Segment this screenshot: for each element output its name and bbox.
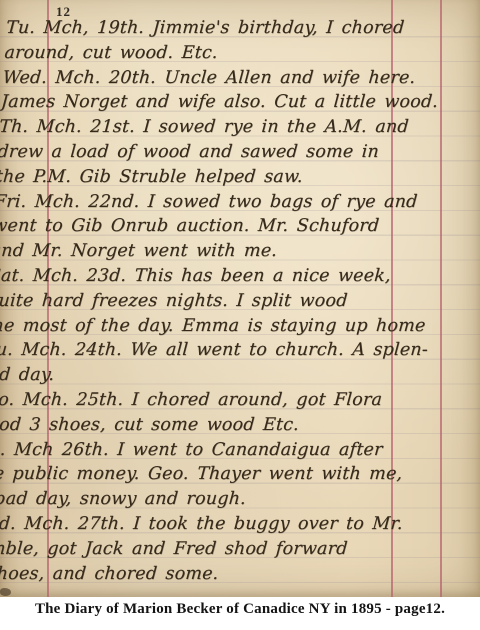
diary-paper: 12 Tu. Mch, 19th. Jimmie's birthday, I c…	[0, 0, 480, 597]
handwritten-line: Th. Mch. 21st. I sowed rye in the A.M. a…	[0, 115, 470, 140]
handwritten-line: A bad day, snowy and rough.	[0, 487, 444, 512]
handwritten-line: Mo. Mch. 25th. I chored around, got Flor…	[0, 388, 451, 413]
handwritten-line: Wed. Mch. 20th. Uncle Allen and wife her…	[2, 66, 474, 91]
caption-text: The Diary of Marion Becker of Canadice N…	[35, 601, 445, 618]
handwritten-line: the public money. Geo. Thayer went with …	[0, 462, 446, 487]
handwritten-text-block: Tu. Mch, 19th. Jimmie's birthday, I chor…	[0, 16, 477, 586]
handwritten-line: went to Gib Onrub auction. Mr. Schuford	[0, 214, 463, 239]
handwritten-line: the P.M. Gib Struble helped saw.	[0, 165, 467, 190]
caption-strip: The Diary of Marion Becker of Canadice N…	[0, 597, 480, 630]
handwritten-line: Su. Mch. 24th. We all went to church. A …	[0, 338, 454, 363]
handwritten-line: James Norget and wife also. Cut a little…	[0, 90, 472, 115]
diary-scan-screenshot: 12 Tu. Mch, 19th. Jimmie's birthday, I c…	[0, 0, 480, 630]
scan-smudge	[0, 588, 11, 596]
handwritten-line: Sat. Mch. 23d. This has been a nice week…	[0, 264, 460, 289]
handwritten-line: 3 shoes, and chored some.	[0, 562, 439, 587]
handwritten-line: Tu. Mch 26th. I went to Canandaigua afte…	[0, 438, 448, 463]
handwritten-line: shod 3 shoes, cut some wood Etc.	[0, 413, 449, 438]
handwritten-line: and Mr. Norget went with me.	[0, 239, 461, 264]
handwritten-line: Kimble, got Jack and Fred shod forward	[0, 537, 441, 562]
handwritten-line: Wed. Mch. 27th. I took the buggy over to…	[0, 512, 442, 537]
handwritten-line: Fri. Mch. 22nd. I sowed two bags of rye …	[0, 190, 465, 215]
handwritten-line: Tu. Mch, 19th. Jimmie's birthday, I chor…	[5, 16, 477, 41]
handwritten-line: quite hard freezes nights. I split wood	[0, 289, 458, 314]
handwritten-line: drew a load of wood and sawed some in	[0, 140, 468, 165]
handwritten-line: around, cut wood. Etc.	[4, 41, 476, 66]
handwritten-line: did day.	[0, 363, 453, 388]
handwritten-line: the most of the day. Emma is staying up …	[0, 314, 456, 339]
